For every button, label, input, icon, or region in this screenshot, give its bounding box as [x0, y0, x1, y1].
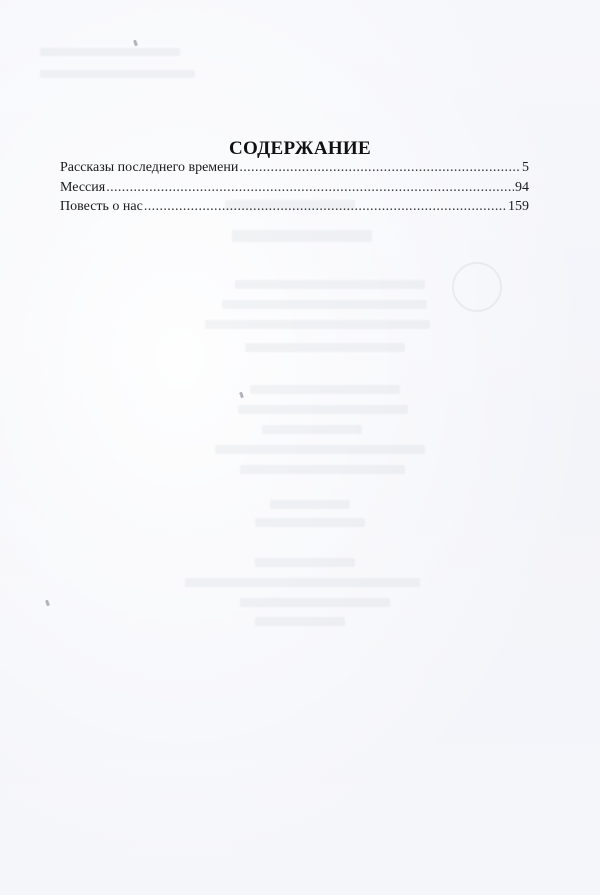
book-page: СОДЕРЖАНИЕ Рассказы последнего времени 5… [0, 0, 600, 895]
toc-entry-page: 94 [515, 180, 529, 196]
toc-heading: СОДЕРЖАНИЕ [0, 138, 600, 160]
toc-entry-title: Повесть о нас [60, 199, 143, 215]
toc-entry-title: Рассказы последнего времени [60, 160, 238, 176]
toc-entry-page: 159 [508, 199, 529, 215]
toc-entry: Рассказы последнего времени 5 [60, 160, 529, 180]
scan-speck [133, 40, 138, 47]
scan-speck [239, 392, 244, 399]
toc-entry: Повесть о нас 159 [60, 199, 529, 219]
table-of-contents: Рассказы последнего времени 5 Мессия 94 … [60, 160, 529, 219]
toc-entry-title: Мессия [60, 180, 105, 196]
dot-leader [106, 180, 514, 196]
toc-entry-page: 5 [522, 160, 529, 176]
scan-speck [45, 600, 50, 607]
dot-leader [144, 199, 507, 215]
dot-leader [239, 160, 521, 176]
toc-entry: Мессия 94 [60, 180, 529, 200]
